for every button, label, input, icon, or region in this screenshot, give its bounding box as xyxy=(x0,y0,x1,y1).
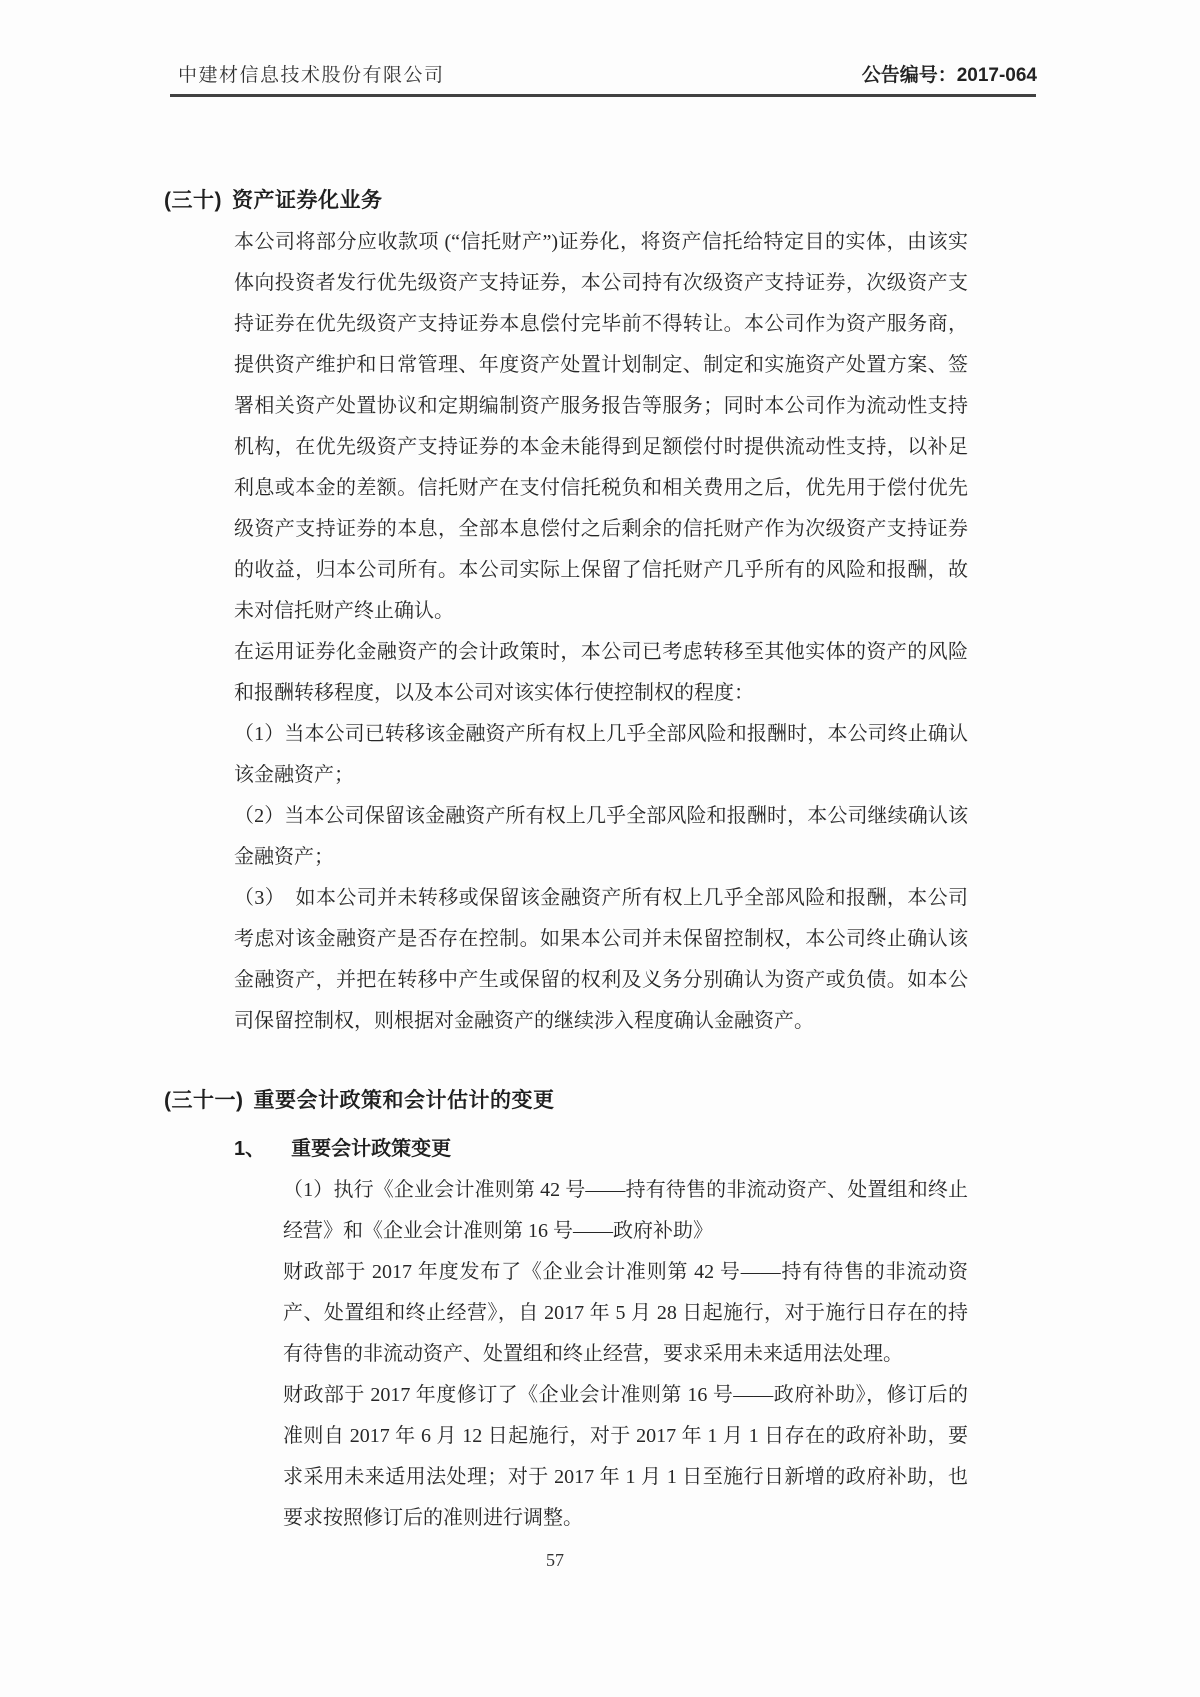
text-line: 利息或本金的差额。信托财产在支付信托税负和相关费用之后，优先用于偿付优先 xyxy=(234,468,968,509)
list-item-1: （1）当本公司已转移该金融资产所有权上几乎全部风险和报酬时，本公司终止确认该金融… xyxy=(234,714,968,796)
page-number: 57 xyxy=(460,1550,650,1571)
text-line: 经营》和《企业会计准则第 16 号——政府补助》 xyxy=(283,1211,968,1252)
text-line: 司保留控制权，则根据对金融资产的继续涉入程度确认金融资产。 xyxy=(234,1001,968,1042)
text-line: 未对信托财产终止确认。 xyxy=(234,591,968,632)
section-31-number: (三十一) xyxy=(164,1089,244,1112)
text-line: 准则自 2017 年 6 月 12 日起施行，对于 2017 年 1 月 1 日… xyxy=(283,1416,968,1457)
text-line: （1）当本公司已转移该金融资产所有权上几乎全部风险和报酬时，本公司终止确认 xyxy=(234,714,968,755)
text-line: （2）当本公司保留该金融资产所有权上几乎全部风险和报酬时，本公司继续确认该 xyxy=(234,796,968,837)
list-item-3: （3） 如本公司并未转移或保留该金融资产所有权上几乎全部风险和报酬，本公司考虑对… xyxy=(234,878,968,1042)
paragraph-securitization: 本公司将部分应收款项 (“信托财产”)证券化，将资产信托给特定目的实体，由该实体… xyxy=(234,222,968,632)
document-page: 中建材信息技术股份有限公司 公告编号：2017-064 (三十)资产证券化业务 … xyxy=(0,0,1200,1697)
section-31-heading: (三十一)重要会计政策和会计估计的变更 xyxy=(164,1084,555,1114)
text-line: 提供资产维护和日常管理、年度资产处置计划制定、制定和实施资产处置方案、签 xyxy=(234,345,968,386)
text-line: 有待售的非流动资产、处置组和终止经营，要求采用未来适用法处理。 xyxy=(283,1334,968,1375)
text-line: （1）执行《企业会计准则第 42 号——持有待售的非流动资产、处置组和终止 xyxy=(283,1170,968,1211)
text-line: 机构，在优先级资产支持证券的本金未能得到足额偿付时提供流动性支持，以补足 xyxy=(234,427,968,468)
subsection-1-heading: 1、重要会计政策变更 xyxy=(234,1132,451,1161)
text-line: 级资产支持证券的本息，全部本息偿付之后剩余的信托财产作为次级资产支持证券 xyxy=(234,509,968,550)
paragraph-policy-application: 在运用证券化金融资产的会计政策时，本公司已考虑转移至其他实体的资产的风险和报酬转… xyxy=(234,632,968,714)
subsection-1-number: 1、 xyxy=(234,1138,265,1160)
text-line: 体向投资者发行优先级资产支持证券，本公司持有次级资产支持证券，次级资产支 xyxy=(234,263,968,304)
section-30-body: 本公司将部分应收款项 (“信托财产”)证券化，将资产信托给特定目的实体，由该实体… xyxy=(234,222,968,1042)
text-line: 求采用未来适用法处理；对于 2017 年 1 月 1 日至施行日新增的政府补助，… xyxy=(283,1457,968,1498)
text-line: 在运用证券化金融资产的会计政策时，本公司已考虑转移至其他实体的资产的风险 xyxy=(234,632,968,673)
text-line: 该金融资产； xyxy=(234,755,968,796)
header-divider xyxy=(170,94,1036,97)
section-30-title: 资产证券化业务 xyxy=(232,189,383,212)
text-line: 持证券在优先级资产支持证券本息偿付完毕前不得转让。本公司作为资产服务商， xyxy=(234,304,968,345)
header-notice-number: 公告编号：2017-064 xyxy=(862,60,1037,87)
policy-change-cas42-paragraph: 财政部于 2017 年度发布了《企业会计准则第 42 号——持有待售的非流动资产… xyxy=(283,1252,968,1375)
text-line: 产、处置组和终止经营》，自 2017 年 5 月 28 日起施行，对于施行日存在… xyxy=(283,1293,968,1334)
policy-change-cas16-paragraph: 财政部于 2017 年度修订了《企业会计准则第 16 号——政府补助》，修订后的… xyxy=(283,1375,968,1539)
section-30-number: (三十) xyxy=(164,189,222,212)
section-31-body: （1）执行《企业会计准则第 42 号——持有待售的非流动资产、处置组和终止经营》… xyxy=(283,1170,968,1539)
text-line: 本公司将部分应收款项 (“信托财产”)证券化，将资产信托给特定目的实体，由该实 xyxy=(234,222,968,263)
list-item-2: （2）当本公司保留该金融资产所有权上几乎全部风险和报酬时，本公司继续确认该金融资… xyxy=(234,796,968,878)
text-line: 考虑对该金融资产是否存在控制。如果本公司并未保留控制权，本公司终止确认该 xyxy=(234,919,968,960)
text-line: 财政部于 2017 年度修订了《企业会计准则第 16 号——政府补助》，修订后的 xyxy=(283,1375,968,1416)
section-31-title: 重要会计政策和会计估计的变更 xyxy=(254,1089,555,1112)
text-line: 财政部于 2017 年度发布了《企业会计准则第 42 号——持有待售的非流动资 xyxy=(283,1252,968,1293)
policy-change-item-heading: （1）执行《企业会计准则第 42 号——持有待售的非流动资产、处置组和终止经营》… xyxy=(283,1170,968,1252)
section-30-heading: (三十)资产证券化业务 xyxy=(164,184,383,214)
text-line: （3） 如本公司并未转移或保留该金融资产所有权上几乎全部风险和报酬，本公司 xyxy=(234,878,968,919)
text-line: 署相关资产处置协议和定期编制资产服务报告等服务；同时本公司作为流动性支持 xyxy=(234,386,968,427)
subsection-1-title: 重要会计政策变更 xyxy=(291,1138,451,1160)
text-line: 要求按照修订后的准则进行调整。 xyxy=(283,1498,968,1539)
text-line: 金融资产，并把在转移中产生或保留的权利及义务分别确认为资产或负债。如本公 xyxy=(234,960,968,1001)
header-company-name: 中建材信息技术股份有限公司 xyxy=(178,60,445,87)
text-line: 金融资产； xyxy=(234,837,968,878)
text-line: 的收益，归本公司所有。本公司实际上保留了信托财产几乎所有的风险和报酬，故 xyxy=(234,550,968,591)
text-line: 和报酬转移程度，以及本公司对该实体行使控制权的程度： xyxy=(234,673,968,714)
